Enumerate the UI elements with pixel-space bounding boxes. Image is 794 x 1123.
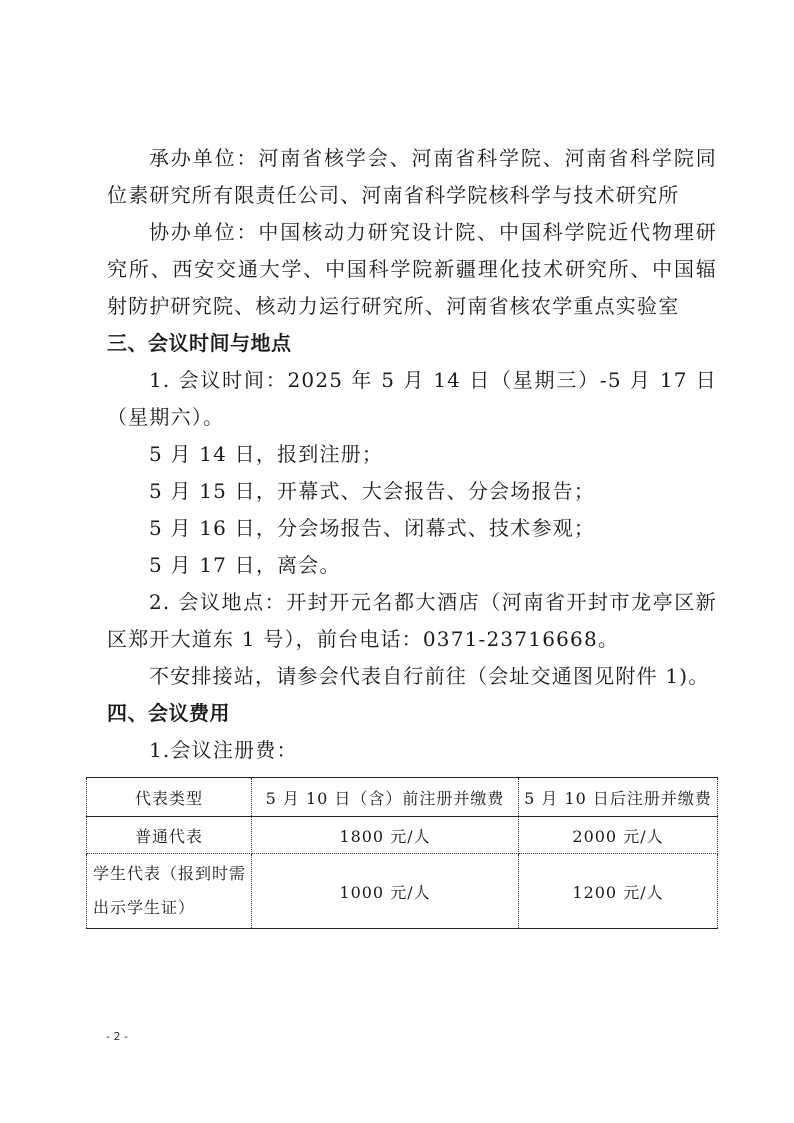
table-cell: 普通代表	[87, 817, 252, 854]
meeting-time-paragraph: 1. 会议时间：2025 年 5 月 14 日（星期三）-5 月 17 日（星期…	[107, 362, 717, 436]
venue-paragraph: 2. 会议地点：开封开元名都大酒店（河南省开封市龙亭区新区郑开大道东 1 号），…	[107, 584, 717, 658]
table-cell: 1000 元/人	[252, 854, 519, 929]
table-cell: 学生代表（报到时需出示学生证）	[87, 854, 252, 929]
table-cell: 1800 元/人	[252, 817, 519, 854]
table-header-row: 代表类型 5 月 10 日（含）前注册并缴费 5 月 10 日后注册并缴费	[87, 778, 718, 817]
schedule-item: 5 月 15 日，开幕式、大会报告、分会场报告；	[107, 473, 717, 510]
registration-fee-table: 代表类型 5 月 10 日（含）前注册并缴费 5 月 10 日后注册并缴费 普通…	[86, 777, 718, 929]
registration-fee-label: 1.会议注册费：	[107, 732, 717, 769]
schedule-item: 5 月 17 日，离会。	[107, 547, 717, 584]
table-row: 普通代表 1800 元/人 2000 元/人	[87, 817, 718, 854]
table-header-cell: 5 月 10 日后注册并缴费	[519, 778, 718, 817]
page-number: - 2 -	[106, 1030, 128, 1043]
schedule-item: 5 月 16 日，分会场报告、闭幕式、技术参观；	[107, 510, 717, 547]
document-body: 承办单位：河南省核学会、河南省科学院、河南省科学院同位素研究所有限责任公司、河南…	[107, 140, 717, 769]
schedule-item: 5 月 14 日，报到注册；	[107, 436, 717, 473]
section-heading-fees: 四、会议费用	[107, 695, 717, 732]
section-heading-time-venue: 三、会议时间与地点	[107, 325, 717, 362]
table-row: 学生代表（报到时需出示学生证） 1000 元/人 1200 元/人	[87, 854, 718, 929]
table-header-cell: 5 月 10 日（含）前注册并缴费	[252, 778, 519, 817]
transport-note: 不安排接站，请参会代表自行前往（会址交通图见附件 1)。	[107, 658, 717, 695]
organizer-paragraph: 承办单位：河南省核学会、河南省科学院、河南省科学院同位素研究所有限责任公司、河南…	[107, 140, 717, 214]
table-cell: 1200 元/人	[519, 854, 718, 929]
table-header-cell: 代表类型	[87, 778, 252, 817]
co-organizer-paragraph: 协办单位：中国核动力研究设计院、中国科学院近代物理研究所、西安交通大学、中国科学…	[107, 214, 717, 325]
table-cell: 2000 元/人	[519, 817, 718, 854]
